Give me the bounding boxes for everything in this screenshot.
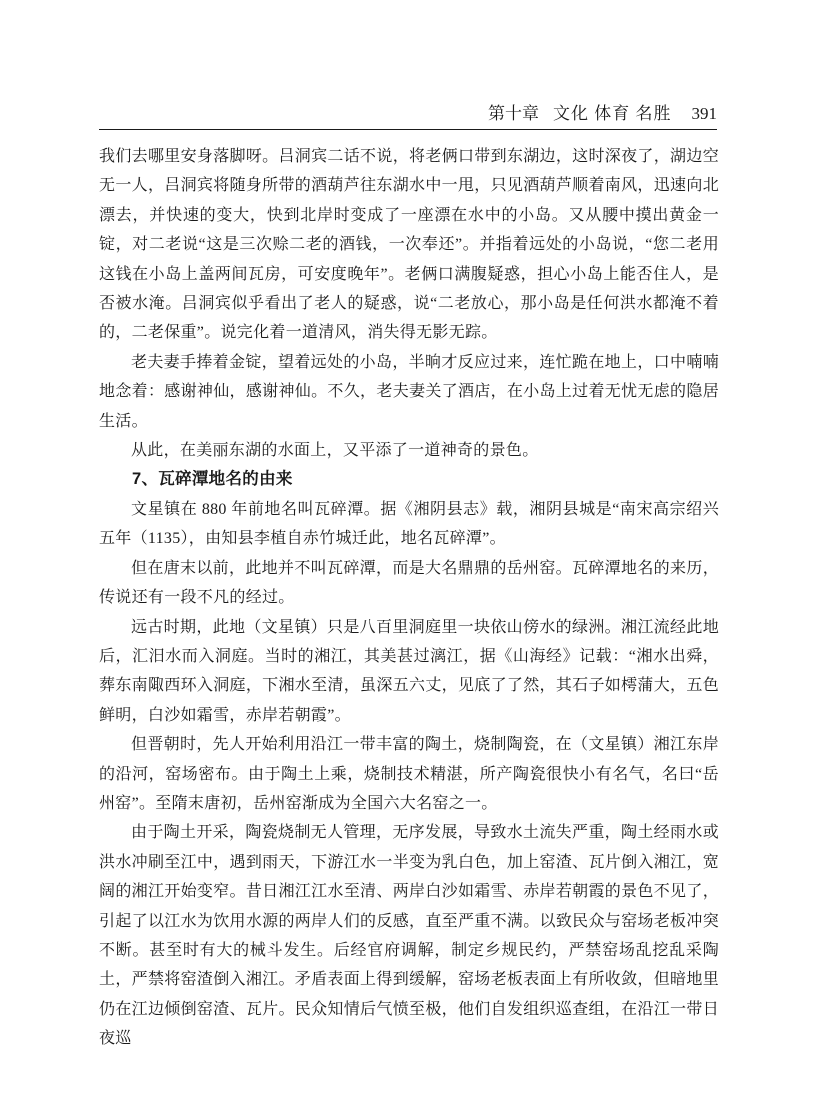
- chapter-label: 第十章: [488, 104, 539, 123]
- body-paragraph: 老夫妻手捧着金锭，望着远处的小岛，半晌才反应过来，连忙跪在地上，口中喃喃地念着：…: [99, 348, 719, 436]
- body-paragraph: 但晋朝时，先人开始利用沿江一带丰富的陶土，烧制陶瓷，在（文星镇）湘江东岸的沿河，…: [99, 730, 719, 818]
- running-header: 第十章文化 体育 名胜391: [99, 103, 717, 130]
- body-paragraph: 由于陶土开采，陶瓷烧制无人管理，无序发展，导致水土流失严重，陶土经雨水或洪水冲刷…: [99, 818, 719, 1053]
- body-paragraph: 但在唐末以前，此地并不叫瓦碎潭，而是大名鼎鼎的岳州窑。瓦碎潭地名的来历，传说还有…: [99, 554, 719, 613]
- body-paragraph: 从此，在美丽东湖的水面上，又平添了一道神奇的景色。: [99, 436, 719, 465]
- body-paragraph: 文星镇在 880 年前地名叫瓦碎潭。据《湘阴县志》载，湘阴县城是“南宋高宗绍兴五…: [99, 495, 719, 554]
- page-number: 391: [692, 104, 718, 123]
- body-paragraph: 我们去哪里安身落脚呀。吕洞宾二话不说，将老俩口带到东湖边，这时深夜了，湖边空无一…: [99, 142, 719, 348]
- book-page: 第十章文化 体育 名胜391 我们去哪里安身落脚呀。吕洞宾二话不说，将老俩口带到…: [0, 0, 816, 1099]
- page-body-text: 我们去哪里安身落脚呀。吕洞宾二话不说，将老俩口带到东湖边，这时深夜了，湖边空无一…: [99, 142, 719, 1054]
- section-label: 文化 体育 名胜: [553, 104, 672, 123]
- body-paragraph: 远古时期，此地（文星镇）只是八百里洞庭里一块依山傍水的绿洲。湘江流经此地后，汇汨…: [99, 613, 719, 731]
- section-heading: 7、瓦碎潭地名的由来: [99, 465, 719, 494]
